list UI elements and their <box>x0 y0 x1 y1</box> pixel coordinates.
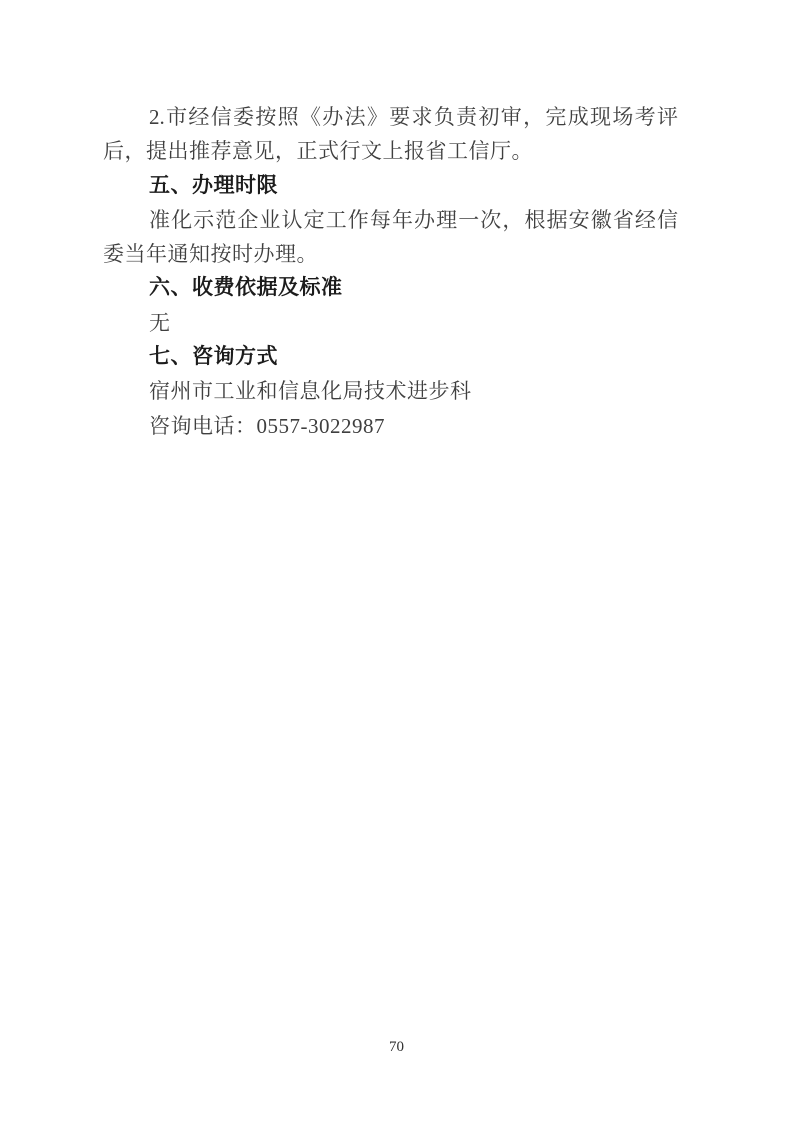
paragraph-line: 无 <box>103 306 678 340</box>
phone-number-line: 咨询电话：0557-3022987 <box>103 409 678 443</box>
paragraph-line: 宿州市工业和信息化局技术进步科 <box>103 374 678 408</box>
paragraph-line: 准化示范企业认定工作每年办理一次，根据安徽省经信 <box>103 203 678 237</box>
section-heading-7: 七、咨询方式 <box>103 340 678 374</box>
document-body: 2.市经信委按照《办法》要求负责初审，完成现场考评 后，提出推荐意见，正式行文上… <box>103 100 678 443</box>
paragraph-line: 委当年通知按时办理。 <box>103 237 678 271</box>
paragraph-line: 2.市经信委按照《办法》要求负责初审，完成现场考评 <box>103 100 678 134</box>
page-number: 70 <box>389 1039 404 1055</box>
section-heading-5: 五、办理时限 <box>103 169 678 203</box>
page-footer: 70 <box>0 1037 793 1057</box>
section-heading-6: 六、收费依据及标准 <box>103 271 678 305</box>
paragraph-line: 后，提出推荐意见，正式行文上报省工信厅。 <box>103 134 678 168</box>
document-page: 2.市经信委按照《办法》要求负责初审，完成现场考评 后，提出推荐意见，正式行文上… <box>0 0 793 1122</box>
